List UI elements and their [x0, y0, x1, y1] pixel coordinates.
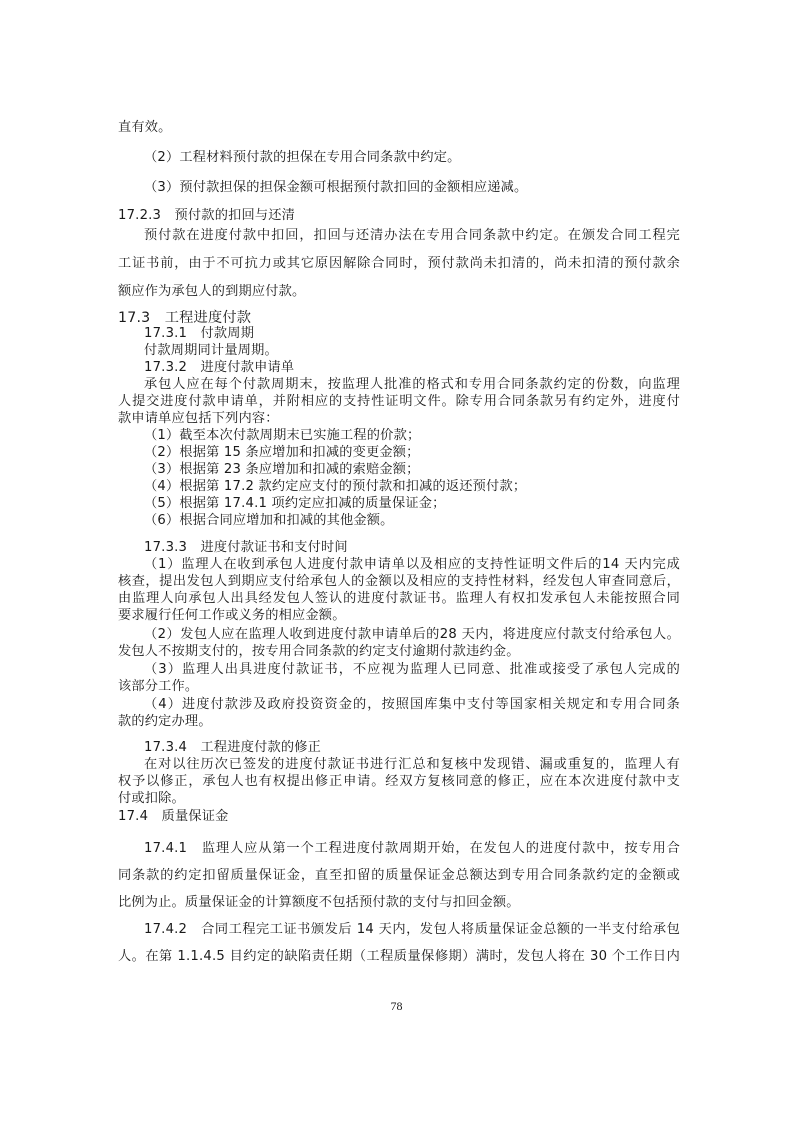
- text-line: 17.2.3 预付款的扣回与还清: [118, 208, 295, 224]
- text-line: 工证书前，由于不可抗力或其它原因解除合同时，预付款尚未扣清的，尚未扣清的预付款余: [118, 256, 680, 272]
- text-line: 发包人不按期支付的，按专用合同条款的约定支付逾期付款违约金。: [118, 644, 520, 660]
- text-line: 额应作为承包人的到期应付款。: [118, 284, 305, 300]
- text-line: （4）根据第 17.2 款约定应支付的预付款和扣减的返还预付款；: [144, 479, 526, 495]
- text-line: 人提交进度付款申请单，并附相应的支持性证明文件。除专用合同条款另有约定外，进度付: [118, 394, 680, 410]
- text-line: 由监理人向承包人出具经发包人签认的进度付款证书。监理人有权扣发承包人未能按照合同: [118, 591, 680, 607]
- text-line: 17.4.2 合同工程完工证书颁发后 14 天内，发包人将质量保证金总额的一半支…: [144, 922, 680, 938]
- text-line: 17.3.1 付款周期: [144, 326, 254, 342]
- text-line: 17.4 质量保证金: [118, 809, 229, 825]
- text-line: （5）根据第 17.4.1 项约定应扣减的质量保证金；: [144, 496, 446, 512]
- text-line: （1）监理人在收到承包人进度付款申请单以及相应的支持性证明文件后的14 天内完成: [144, 557, 680, 573]
- text-line: 付或扣除。: [118, 791, 185, 807]
- text-line: 付款周期同计量周期。: [144, 343, 278, 359]
- text-line: （4）进度付款涉及政府投资资金的，按照国库集中支付等国家相关规定和专用合同条: [144, 697, 680, 713]
- text-line: （2）工程材料预付款的担保在专用合同条款中约定。: [144, 150, 461, 166]
- text-line: 17.3.4 工程进度付款的修正: [144, 740, 321, 756]
- text-line: （2）根据第 15 条应增加和扣减的变更金额；: [144, 445, 420, 461]
- text-line: （3）预付款担保的担保金额可根据预付款扣回的金额相应递减。: [144, 180, 527, 196]
- text-line: （2）发包人应在监理人收到进度付款申请单后的28 天内，将进度应付款支付给承包人…: [144, 627, 680, 643]
- text-line: 比例为止。质量保证金的计算额度不包括预付款的支付与扣回金额。: [118, 895, 520, 911]
- text-line: 17.3.2 进度付款申请单: [144, 360, 294, 376]
- text-line: 人。在第 1.1.4.5 目约定的缺陷责任期（工程质量保修期）满时，发包人将在 …: [118, 949, 680, 965]
- text-line: （1）截至本次付款周期末已实施工程的价款；: [144, 428, 420, 444]
- text-line: 款申请单应包括下列内容：: [118, 411, 279, 427]
- text-line: （3）根据第 23 条应增加和扣减的索赔金额；: [144, 462, 420, 478]
- text-line: 该部分工作。: [118, 679, 198, 695]
- text-line: 款的约定办理。: [118, 714, 212, 730]
- text-line: 承包人应在每个付款周期末，按监理人批准的格式和专用合同条款约定的份数，向监理: [144, 377, 680, 393]
- text-line: 要求履行任何工作或义务的相应金额。: [118, 608, 346, 624]
- text-line: 权予以修正，承包人也有权提出修正申请。经双方复核同意的修正，应在本次进度付款中支: [118, 774, 680, 790]
- text-line: 17.4.1 监理人应从第一个工程进度付款周期开始，在发包人的进度付款中，按专用…: [144, 841, 680, 857]
- text-line: 同条款的约定扣留质量保证金，直至扣留的质量保证金总额达到专用合同条款约定的金额或: [118, 868, 680, 884]
- page-number: 78: [0, 999, 793, 1014]
- text-line: 核查，提出发包人到期应支付给承包人的金额以及相应的支持性材料，经发包人审查同意后…: [118, 574, 680, 590]
- text-line: 在对以往历次已签发的进度付款证书进行汇总和复核中发现错、漏或重复的，监理人有: [144, 757, 680, 773]
- text-line: 预付款在进度付款中扣回，扣回与还清办法在专用合同条款中约定。在颁发合同工程完: [144, 228, 680, 244]
- text-line: 直有效。: [118, 120, 172, 136]
- text-line: （6）根据合同应增加和扣减的其他金额。: [144, 513, 394, 529]
- text-line: 17.3 工程进度付款: [118, 310, 251, 326]
- text-line: （3）监理人出具进度付款证书，不应视为监理人已同意、批准或接受了承包人完成的: [144, 662, 680, 678]
- text-line: 17.3.3 进度付款证书和支付时间: [144, 540, 348, 556]
